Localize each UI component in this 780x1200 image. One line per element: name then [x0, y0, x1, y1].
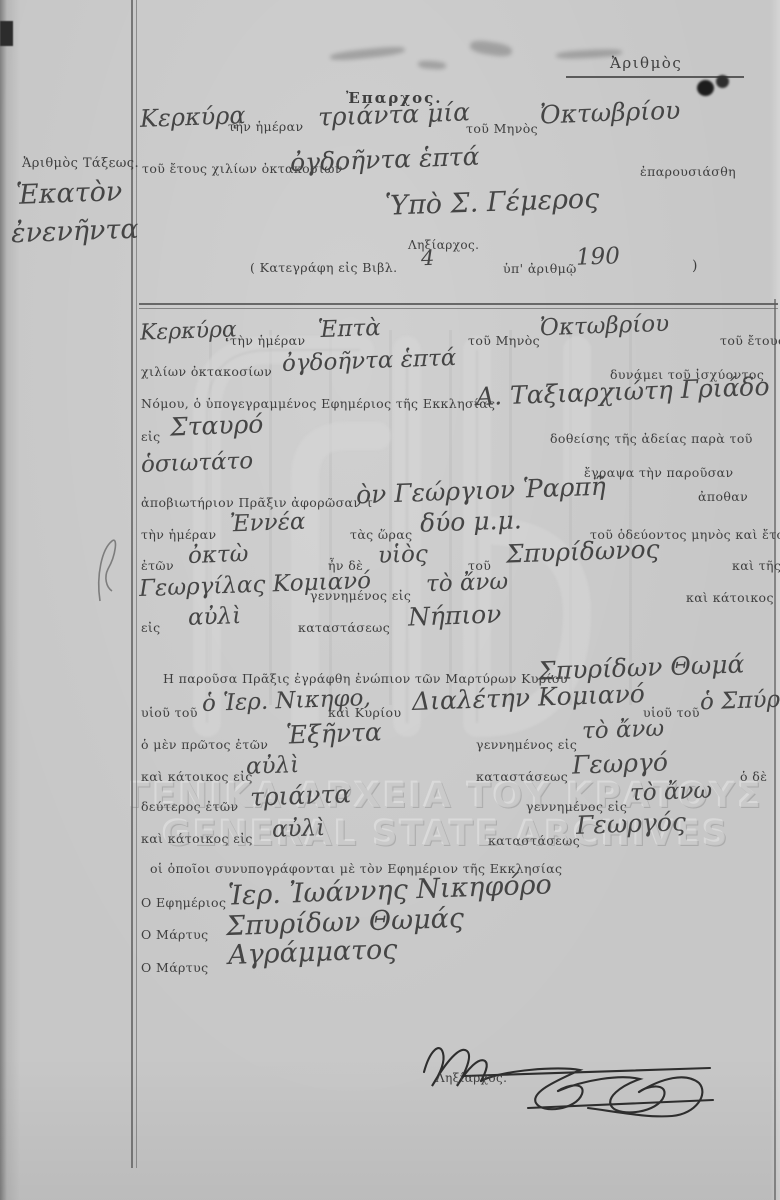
order-number-value-line2: ἐνενῆντα	[10, 214, 139, 249]
resident-label: καὶ κάτοικος	[686, 590, 774, 605]
ink-blot-large	[697, 80, 714, 96]
act-month-label: τοῦ Μηνὸς	[468, 333, 540, 348]
witness2-father-handwriting: ὁ Σπύρ	[700, 687, 780, 716]
witness2-age-handwriting: τριάντα	[250, 779, 352, 812]
left-margin-rule-inner	[136, 0, 137, 1168]
witness2-signature-label: Ο Μάρτυς	[141, 960, 209, 975]
witness1-signature-label: Ο Μάρτυς	[141, 927, 209, 942]
hours-label: τὰς ὥρας	[350, 527, 413, 542]
at-label: εἰς	[141, 429, 161, 444]
law-clause-part2: Νόμου, ὁ ὑπογεγραμμένος Εφημέριος τῆς Εκ…	[141, 396, 495, 411]
witness1-status-handwriting: Γεωργό	[572, 747, 669, 779]
margin-pen-mark	[92, 535, 122, 605]
closing-parenthesis: )	[692, 258, 698, 274]
act-day-handwriting: Ἑπτὰ	[318, 315, 382, 343]
witness2-residence-handwriting: αὐλὶ	[272, 815, 326, 843]
death-hour-handwriting: δύο μ.μ.	[420, 505, 523, 538]
registered-in-book-label: ( Κατεγράφη εἰς Βιβλ.	[250, 260, 397, 275]
registrar-title-label: Ληξίαρχος.	[408, 238, 479, 252]
license-clause-label: δοθείσης τῆς ἀδείας παρὰ τοῦ	[550, 431, 753, 446]
month-label: τοῦ Μηνὸς	[466, 121, 538, 136]
witness1-born-label: γεννημένος εἰς	[476, 737, 577, 752]
footer-registrar-label: Ληξίαρχος.	[436, 1071, 507, 1085]
status-handwriting: Νήπιον	[408, 599, 502, 631]
section-divider-rule-bottom	[139, 308, 778, 309]
witness1-age-handwriting: Ἑξῆντα	[286, 717, 383, 749]
act-year-label-part1: τοῦ ἔτους	[720, 333, 780, 348]
wrote-present-label: ἔγραψα τὴν παροῦσαν	[584, 465, 733, 480]
priest-signature-label: Ο Εφημέριος	[141, 895, 226, 910]
act-place-handwriting: Κερκύρᾳ	[140, 317, 238, 345]
registrar-name-handwriting: Ὑπὸ Σ. Γέμερος	[385, 183, 600, 221]
and-of-label: καὶ τῆς	[732, 558, 780, 573]
death-act-clause-label: ἀποβιωτήριον Πρᾶξιν ἀφορῶσαν τ	[141, 495, 373, 510]
book-number-handwriting: 4	[421, 246, 435, 270]
act-day-label: τὴν ἡμέραν	[230, 333, 305, 348]
witness2-birthplace-handwriting: τὸ ἄνω	[630, 778, 713, 807]
age-label: ἐτῶν	[141, 558, 174, 573]
scan-corner-blot	[0, 21, 13, 46]
second-witness-intro-label: ὁ δὲ	[740, 769, 767, 784]
pencil-smudge	[469, 39, 513, 58]
license-holder-handwriting: ὁσιωτάτο	[141, 448, 254, 478]
birthplace-handwriting: τὸ ἄνω	[426, 569, 509, 598]
under-number-label: ὑπ' ἀριθμῷ	[503, 261, 577, 276]
witness1-status-label: καταστάσεως	[476, 769, 568, 784]
scanned-death-record-page: ΓΕΝΙΚΑ ΑΡΧΕΙΑ ΤΟΥ ΚΡΑΤΟΥΣ GENERAL STATE …	[0, 0, 780, 1200]
church-place-handwriting: Σταυρό	[170, 409, 264, 441]
registration-day-handwriting: τριάντα μία	[318, 97, 471, 131]
section-divider-rule-top	[139, 303, 778, 305]
second-witness-age-label: δεύτερος ἐτῶν	[141, 799, 238, 814]
day-label: τὴν ἡμέραν	[228, 119, 303, 134]
death-day-handwriting: Ἐννέα	[230, 509, 306, 538]
witness2-status-label: καταστάσεως	[488, 833, 580, 848]
witness2-status-handwriting: Γεωργός	[576, 807, 687, 840]
pencil-smudge	[330, 45, 406, 62]
witness2-signature-handwriting: Αγράμματος	[228, 934, 398, 971]
act-month-handwriting: Ὀκτωβρίου	[540, 311, 670, 341]
registration-month-handwriting: Ὀκτωβρίου	[540, 96, 681, 130]
number-label: Ἀριθμὸς	[610, 54, 682, 72]
left-margin-rule-outer	[131, 0, 133, 1168]
registration-year-handwriting: ὀγδοῆντα ἑπτά	[290, 142, 480, 178]
death-day-label: τὴν ἡμέραν	[141, 527, 216, 542]
father-name-handwriting: Σπυρίδωνος	[506, 534, 660, 568]
relation-handwriting: υἱὸς	[378, 541, 429, 569]
act-number-handwriting: 190	[576, 243, 621, 271]
first-witness-age-label: ὁ μὲν πρῶτος ἐτῶν	[141, 737, 268, 752]
at-label-2: εἰς	[141, 620, 161, 635]
ink-blot-small	[716, 75, 729, 88]
presented-label: ἐπαρουσιάσθη	[640, 164, 736, 179]
witness1-residence-handwriting: αὐλὶ	[246, 752, 300, 780]
right-margin-rule	[774, 299, 776, 1200]
died-label: ἀποθαν	[698, 489, 748, 504]
born-at-label: γεννημένος εἰς	[310, 588, 411, 603]
status-label: καταστάσεως	[298, 620, 390, 635]
deceased-age-handwriting: ὀκτὼ	[188, 541, 249, 569]
witness1-birthplace-handwriting: τὸ ἄνω	[582, 716, 665, 745]
residence-handwriting: αὐλὶ	[188, 603, 242, 631]
order-number-value-line1: Ἑκατὸν	[15, 176, 122, 211]
witness1-resident-label: καὶ κάτοικος εἰς	[141, 769, 253, 784]
son-of-label-1: υἱοῦ τοῦ	[141, 705, 198, 720]
pencil-smudge	[418, 60, 446, 70]
order-number-label: Ἀριθμὸς Τάξεως.	[22, 156, 139, 171]
act-year-label-part2: χιλίων ὀκτακοσίων	[141, 364, 272, 379]
witness2-resident-label: καὶ κάτοικος εἰς	[141, 831, 253, 846]
